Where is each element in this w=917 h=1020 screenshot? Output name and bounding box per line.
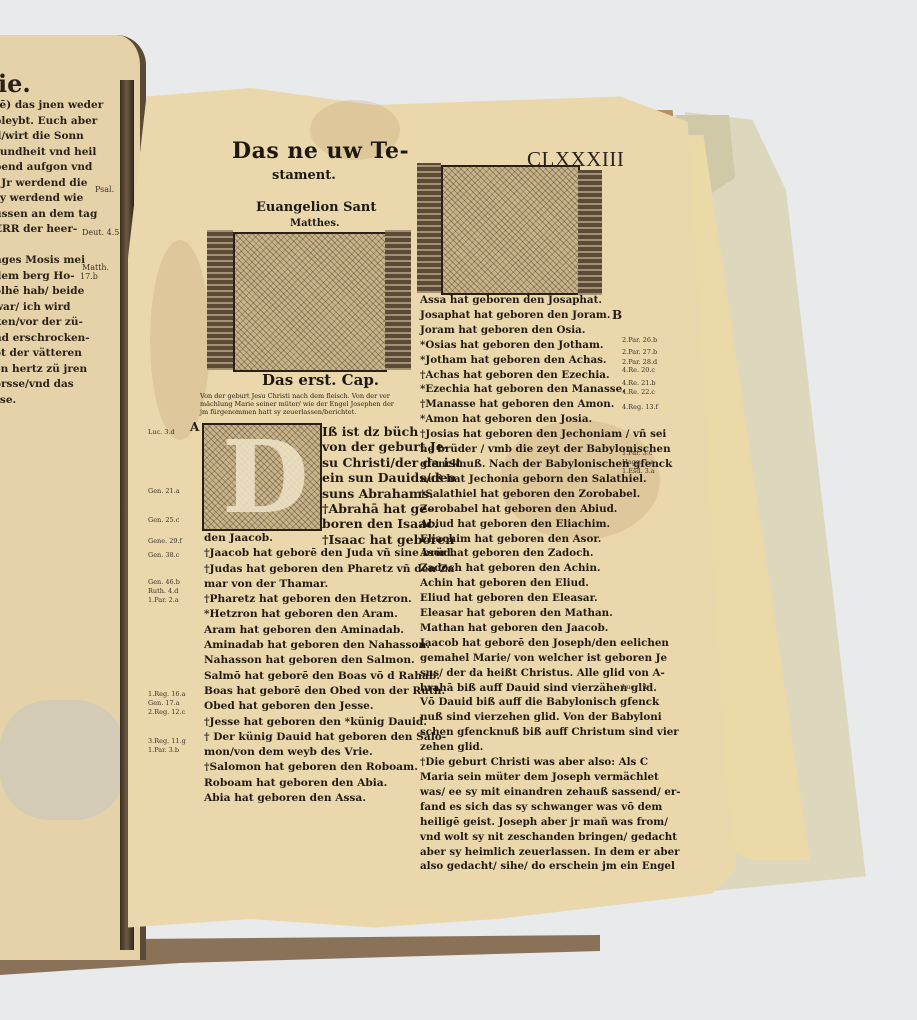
text-line: †Salathiel hat geboren den Zorobabel. xyxy=(420,487,681,502)
text-line: †Judas hat geboren den Pharetz vñ den Za xyxy=(204,562,454,577)
text-line: Nahasson hat geboren den Salmon. xyxy=(204,653,454,668)
text-line: nuß sind vierzehen glid. Von der Babylon… xyxy=(420,710,681,725)
margin-note: 4.Re. 20.c xyxy=(622,366,655,374)
water-stain xyxy=(0,700,125,820)
text-line: sus/ der da heißt Christus. Alle glid vo… xyxy=(420,666,681,681)
margin-note: 4.Re. 21.b xyxy=(622,379,656,387)
margin-note: 2.Par. 26.b xyxy=(622,336,657,344)
margin-note: 4.Re. 22.c xyxy=(622,388,655,396)
margin-note: 1.Par. 2.a xyxy=(148,596,179,604)
text-line: aber sy heimlich zeuerlassen. In dem er … xyxy=(420,845,681,860)
text-line: sse. xyxy=(0,393,129,409)
summary-line: Von der geburt Jesu Christi nach dem fle… xyxy=(200,392,415,400)
text-line: Roboam hat geboren den Abia. xyxy=(204,776,454,791)
text-line: Aram hat geboren den Aminadab. xyxy=(204,623,454,638)
text-line: †Pharetz hat geboren den Hetzron. xyxy=(204,592,454,607)
left-page-text: ie. rē) das jnen wederpleybt. Euch aberd… xyxy=(0,70,129,408)
text-line: en hertz zü jren xyxy=(0,362,129,378)
text-line: gemahel Marie/ von welcher ist geboren J… xyxy=(420,651,681,666)
text-line: orsse/vnd das xyxy=(0,377,129,393)
margin-note: Gen. 21.a xyxy=(148,487,180,495)
margin-note: Psal. xyxy=(95,185,114,194)
text-line: ot der vätteren xyxy=(0,346,129,362)
text-line: †Jaacob hat geborē den Juda vñ sine brüd… xyxy=(204,546,454,561)
text-line: vnd wolt sy nit zeschanden bringen/ geda… xyxy=(420,830,681,845)
text-line: schen gfencknuß biß auff Christum sind v… xyxy=(420,725,681,740)
text-line: Obed hat geboren den Jesse. xyxy=(204,699,454,714)
text-line: Josaphat hat geboren den Joram. xyxy=(420,308,681,323)
margin-note: Gen. 46.b xyxy=(148,578,180,586)
margin-note: Gen. 17.a xyxy=(148,699,180,707)
margin-note: 1.Reg. 16.a xyxy=(148,690,185,698)
text-line: d/wirt die Sonn xyxy=(0,129,129,145)
text-line: Zorobabel hat geboren den Abiud. xyxy=(420,502,681,517)
figural-scene-woodcut xyxy=(441,165,580,295)
text-line: also gedacht/ sihe/ do erschein jm ein E… xyxy=(420,859,681,874)
summary-line: jm fürgenommen hatt sy zeuerlassen/beric… xyxy=(200,408,415,416)
text-line: rē) das jnen weder xyxy=(0,98,129,114)
text-line: nges Mosis mei xyxy=(0,253,129,269)
gospel-title: Euangelion Sant xyxy=(256,200,376,215)
margin-note: 1.Esd. 3.a xyxy=(622,467,655,475)
margin-note: Luc. 1.b xyxy=(622,683,649,691)
text-line: olhē hab/ beide xyxy=(0,284,129,300)
text-line: ken/vor der zü- xyxy=(0,315,129,331)
margin-note: Gene. 29.f xyxy=(148,537,182,545)
margin-note: 4.Reg. 13.f xyxy=(622,403,658,411)
margin-note: Ruth. 4.d xyxy=(148,587,178,595)
margin-note: 3.Reg. 11.g xyxy=(148,737,186,745)
margin-note: Luc. 3.d xyxy=(148,428,175,436)
text-line: Eliud hat geboren den Eleasar. xyxy=(420,591,681,606)
left-page-lines: rē) das jnen wederpleybt. Euch aberd/wir… xyxy=(0,98,129,408)
margin-note: Hagg. 1.a xyxy=(622,458,654,466)
left-column-text: den Jaacob.†Jaacob hat geborē den Juda v… xyxy=(204,531,454,806)
matthew-evangelist-woodcut xyxy=(233,232,387,372)
text-line: Achin hat geboren den Eliud. xyxy=(420,576,681,591)
text-line: † Der künig Dauid hat geboren den Salo- xyxy=(204,730,454,745)
text-line: zehen glid. xyxy=(420,740,681,755)
margin-note: 2.Reg. 12.c xyxy=(148,708,185,716)
margin-note: Gen. 25.c xyxy=(148,516,179,524)
text-line: Boas hat geborē den Obed von der Ruth. xyxy=(204,684,454,699)
margin-note: Gen. 38.c xyxy=(148,551,179,559)
text-line: mon/von dem weyb des Vrie. xyxy=(204,745,454,760)
woodcut-border-pillar xyxy=(207,230,233,370)
gospel-title-line2: Matthes. xyxy=(290,218,340,229)
text-line: fand es sich das sy schwanger was vō dem xyxy=(420,800,681,815)
text-line: *Amon hat geboren den Josia. xyxy=(420,412,681,427)
text-line: Vō Dauid biß auff die Babylonisch gfenck xyxy=(420,695,681,710)
text-line: war/ ich wird xyxy=(0,300,129,316)
text-line: pleybt. Euch aber xyxy=(0,114,129,130)
text-line: Zadoch hat geboren den Achin. xyxy=(420,561,681,576)
text-line: Maria sein müter dem Joseph vermächlet xyxy=(420,770,681,785)
text-line: Eliachim hat geboren den Asor. xyxy=(420,532,681,547)
text-line: den Jaacob. xyxy=(204,531,454,546)
text-line: †Die geburt Christi was aber also: Als C xyxy=(420,755,681,770)
text-line: Mathan hat geboren den Jaacob. xyxy=(420,621,681,636)
text-line: Asor hat geboren den Zadoch. xyxy=(420,546,681,561)
text-line: sundheit vnd heil xyxy=(0,145,129,161)
initial-letter: D xyxy=(222,418,309,536)
margin-note: 1.Par. 3.c xyxy=(622,449,653,457)
text-line: Abia hat geboren den Assa. xyxy=(204,791,454,806)
text-line: †Jesse hat geboren den *künig Dauid. xyxy=(204,715,454,730)
text-line: was/ ee sy mit einandren zehauß sassend/… xyxy=(420,785,681,800)
margin-note: 2.Par. 27.b xyxy=(622,348,657,356)
text-line: nd erschrocken- xyxy=(0,331,129,347)
woodcut-border-pillar xyxy=(385,230,411,370)
chapter-summary: Von der geburt Jesu Christi nach dem fle… xyxy=(200,392,415,416)
margin-note: 1.Par. 3.b xyxy=(148,746,179,754)
text-line: †Josias hat geboren den Jechoniam / vñ s… xyxy=(420,427,681,442)
text-line: Salmō hat geborē den Boas vō d Rahab. xyxy=(204,669,454,684)
text-line: Abiud hat geboren den Eliachim. xyxy=(420,517,681,532)
text-line: bend aufgon vnd xyxy=(0,160,129,176)
running-head-line2: stament. xyxy=(272,168,336,183)
chapter-title: Das erst. Cap. xyxy=(262,371,379,389)
text-line xyxy=(0,238,129,254)
text-line: dem berg Ho- xyxy=(0,269,129,285)
text-line: Eleasar hat geboren den Mathan. xyxy=(420,606,681,621)
summary-line: mächlung Marie seiner müter/ wie der Eng… xyxy=(200,400,415,408)
running-head: Das ne uw Te- xyxy=(232,138,409,164)
left-page-heading: ie. xyxy=(0,70,129,98)
text-line: Aminadab hat geboren den Nahasson. xyxy=(204,638,454,653)
woodcut-border-pillar xyxy=(417,163,441,293)
text-line: Assa hat geboren den Josaphat. xyxy=(420,293,681,308)
text-line: Jaacob hat geborē den Joseph/den eeliche… xyxy=(420,636,681,651)
woodcut-border-pillar xyxy=(578,170,602,295)
text-line: mar von der Thamar. xyxy=(204,577,454,592)
margin-note: 2.Par. 28.d xyxy=(622,358,657,366)
section-mark-a: A xyxy=(190,420,199,434)
text-line: *Hetzron hat geboren den Aram. xyxy=(204,607,454,622)
text-line: heiligē geist. Joseph aber jr mañ was fr… xyxy=(420,815,681,830)
margin-note: 17.b xyxy=(80,272,98,281)
text-line: †Salomon hat geboren den Roboam. xyxy=(204,760,454,775)
margin-note: Matth. xyxy=(82,263,109,272)
text-line: üssen an dem tag xyxy=(0,207,129,223)
